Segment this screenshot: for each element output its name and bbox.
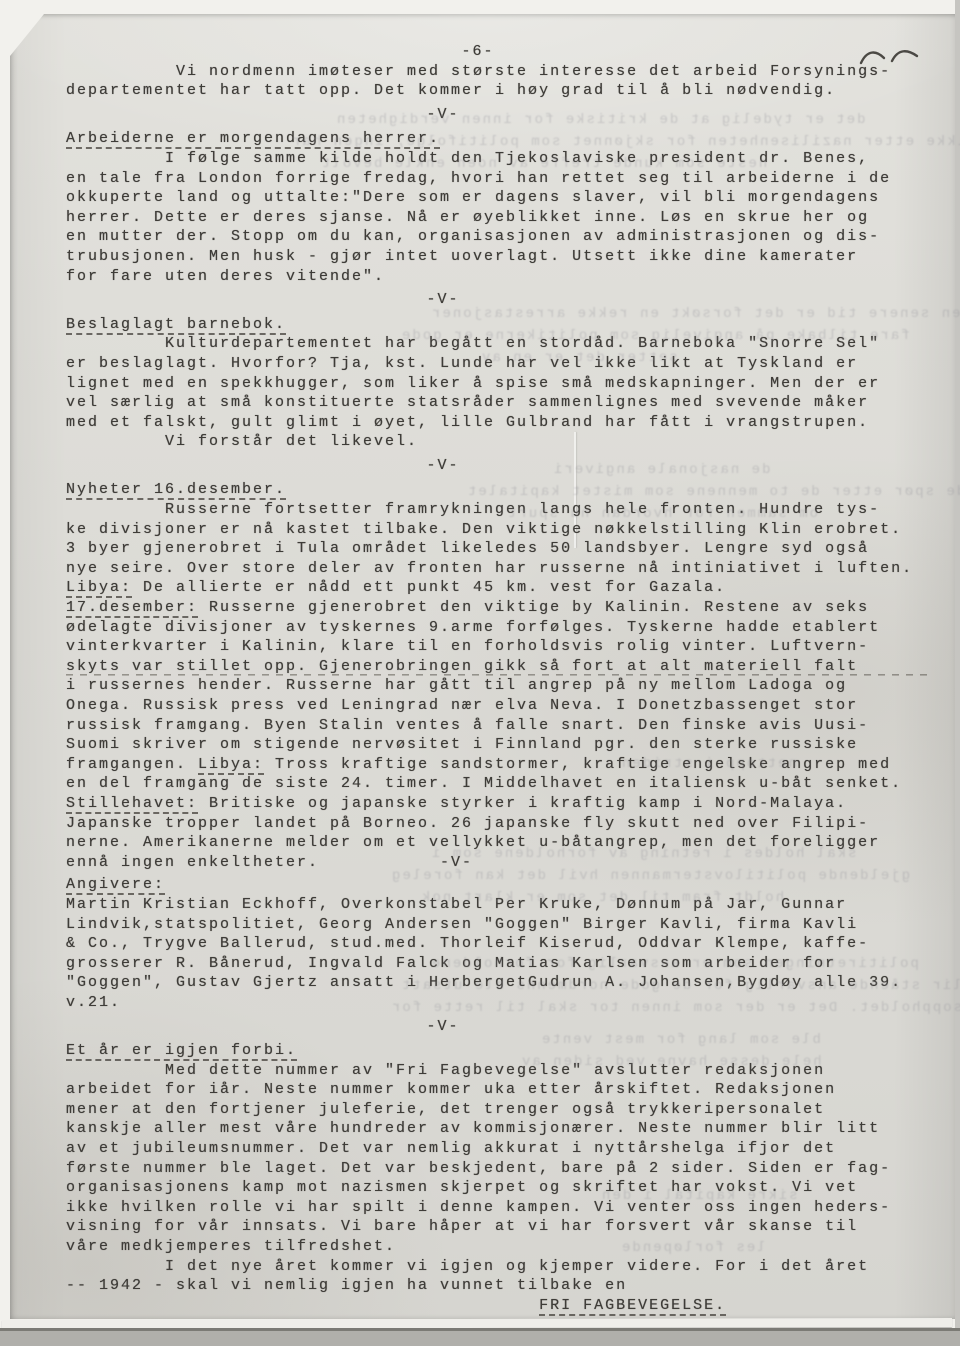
document-line: Stillehavet: Britiske og japanske styrke… bbox=[66, 794, 928, 814]
document-line: mener at den fortjener juleferie, det tr… bbox=[66, 1100, 928, 1120]
document-line: lignet med en spekkhugger, som liker å s… bbox=[66, 374, 928, 394]
document-line: Vi nordmenn imøteser med største interes… bbox=[66, 62, 928, 82]
document-line: "Goggen", Gustav Gjertz ansatt i Herberg… bbox=[66, 973, 928, 993]
document-line: 17.desember: Russerne gjenerobret den vi… bbox=[66, 598, 928, 618]
scanned-document-page: { "page": { "number": "-6-", "separator"… bbox=[0, 0, 960, 1346]
v-separator: -V- bbox=[66, 105, 928, 125]
document-line-creased: skyts var stillet opp. Gjenerobringen gi… bbox=[66, 657, 928, 677]
document-line: ødelagte divisjoner av tyskernes 9.arme … bbox=[66, 618, 928, 638]
document-line: nerne. Amerikanerne melder om et vellykk… bbox=[66, 833, 928, 853]
section-heading: Et år er igjen forbi. bbox=[66, 1041, 928, 1061]
document-line: Lindvik,statspolitiet, Georg Andersen "G… bbox=[66, 915, 928, 935]
document-line: Russerne fortsetter framrykningen langs … bbox=[66, 500, 928, 520]
document-line: russisk framgang. Byen Stalin ventes å f… bbox=[66, 716, 928, 736]
document-line: ikke hvilken rolle vi har spilt i denne … bbox=[66, 1198, 928, 1218]
document-line: I følge samme kilde holdt den Tjekoslavi… bbox=[66, 149, 928, 169]
document-line: okkuperte land og uttalte:"Dere som er d… bbox=[66, 188, 928, 208]
section-heading: Arbeiderne er morgendagens herrer. bbox=[66, 129, 928, 149]
document-line: organisasjonens kamp mot nazismen skjerp… bbox=[66, 1178, 928, 1198]
document-line: i russernes hender. Russerne har gått ti… bbox=[66, 676, 928, 696]
document-line: for fare uten deres vitende". bbox=[66, 267, 928, 287]
document-line: Libya: De allierte er nådd ett punkt 45 … bbox=[66, 578, 928, 598]
document-line: visning for vår innsats. Vi bare håper a… bbox=[66, 1217, 928, 1237]
section-heading: Nyheter 16.desember. bbox=[66, 480, 928, 500]
paper-right-edge bbox=[955, 0, 960, 1330]
document-line: & Co., Trygve Ballerud, stud.med. Thorle… bbox=[66, 934, 928, 954]
document-line: framgangen. Libya: Tross kraftige sandst… bbox=[66, 755, 928, 775]
v-separator: -V- bbox=[66, 456, 928, 476]
document-line: Onega. Russisk press ved Leningrad nær e… bbox=[66, 696, 928, 716]
document-line: -- 1942 - skal vi nemlig igjen ha vunnet… bbox=[66, 1276, 928, 1296]
document-line: første nummer ble laget. Det var beskjed… bbox=[66, 1159, 928, 1179]
document-line: herrer. Dette er deres sjanse. Nå er øye… bbox=[66, 208, 928, 228]
document-line: en del framgang de siste 24. timer. I Mi… bbox=[66, 774, 928, 794]
document-line: departementet har tatt opp. Det kommer i… bbox=[66, 81, 928, 101]
document-line: grosserer R. Bånerud, Ingvald Falck og M… bbox=[66, 954, 928, 974]
document-line: Kulturdepartementet har begått en stordå… bbox=[66, 334, 928, 354]
document-line: nye seire. Over store deler av fronten h… bbox=[66, 559, 928, 579]
v-separator: -V- bbox=[66, 290, 928, 310]
scanner-background bbox=[0, 1331, 960, 1346]
document-line: en tale fra London forrige fredag, hvori… bbox=[66, 169, 928, 189]
document-line: Martin Kristian Eckhoff, Overkonstabel P… bbox=[66, 895, 928, 915]
document-line: våre medkjemperes tilfredshet. bbox=[66, 1237, 928, 1257]
document-line: Suomi skriver om stigende nervøsitet i F… bbox=[66, 735, 928, 755]
document-line: arbeidet for iår. Neste nummer kommer uk… bbox=[66, 1080, 928, 1100]
signature-line: FRI FAGBEVEGELSE. bbox=[66, 1296, 928, 1316]
document-line: ennå ingen enkeltheter. -V- bbox=[66, 853, 928, 873]
document-line: v.21. bbox=[66, 993, 928, 1013]
document-line: av et jubileumsnummer. Det var nemlig ak… bbox=[66, 1139, 928, 1159]
document-line: 3 byer gjenerobret i Tula området likele… bbox=[66, 539, 928, 559]
document-line: Vi forstår det likevel. bbox=[66, 432, 928, 452]
document-line: vinterkvarter i Kalinin, klare til en fo… bbox=[66, 637, 928, 657]
v-separator: -V- bbox=[66, 1017, 928, 1037]
document-line: er beslaglagt. Hvorfor? Tja, kst. Lunde … bbox=[66, 354, 928, 374]
section-heading: Angivere: bbox=[66, 875, 928, 895]
document-line: en mutter der. Stopp om du kan, organisa… bbox=[66, 227, 928, 247]
document-line: med et falskt, gult glimt i øyet, lille … bbox=[66, 413, 928, 433]
document-line: ke divisjoner er nå kastet tilbake. Den … bbox=[66, 520, 928, 540]
typewritten-text-body: -6- Vi nordmenn imøteser med største int… bbox=[66, 42, 928, 1315]
document-line: I det nye året kommer vi igjen og kjempe… bbox=[66, 1257, 928, 1277]
document-line: kanskje aller mest våre hundreder av kom… bbox=[66, 1119, 928, 1139]
section-heading: Beslaglagt barnebok. bbox=[66, 315, 928, 335]
document-line: Japanske tropper landet på Borneo. 26 ja… bbox=[66, 814, 928, 834]
document-line: Med dette nummer av "Fri Fagbevegelse" a… bbox=[66, 1061, 928, 1081]
document-line: vel særlig at små konstituerte statsråde… bbox=[66, 393, 928, 413]
page-number: -6- bbox=[66, 42, 928, 62]
document-line: trubusjonen. Men husk - gjør intet uover… bbox=[66, 247, 928, 267]
